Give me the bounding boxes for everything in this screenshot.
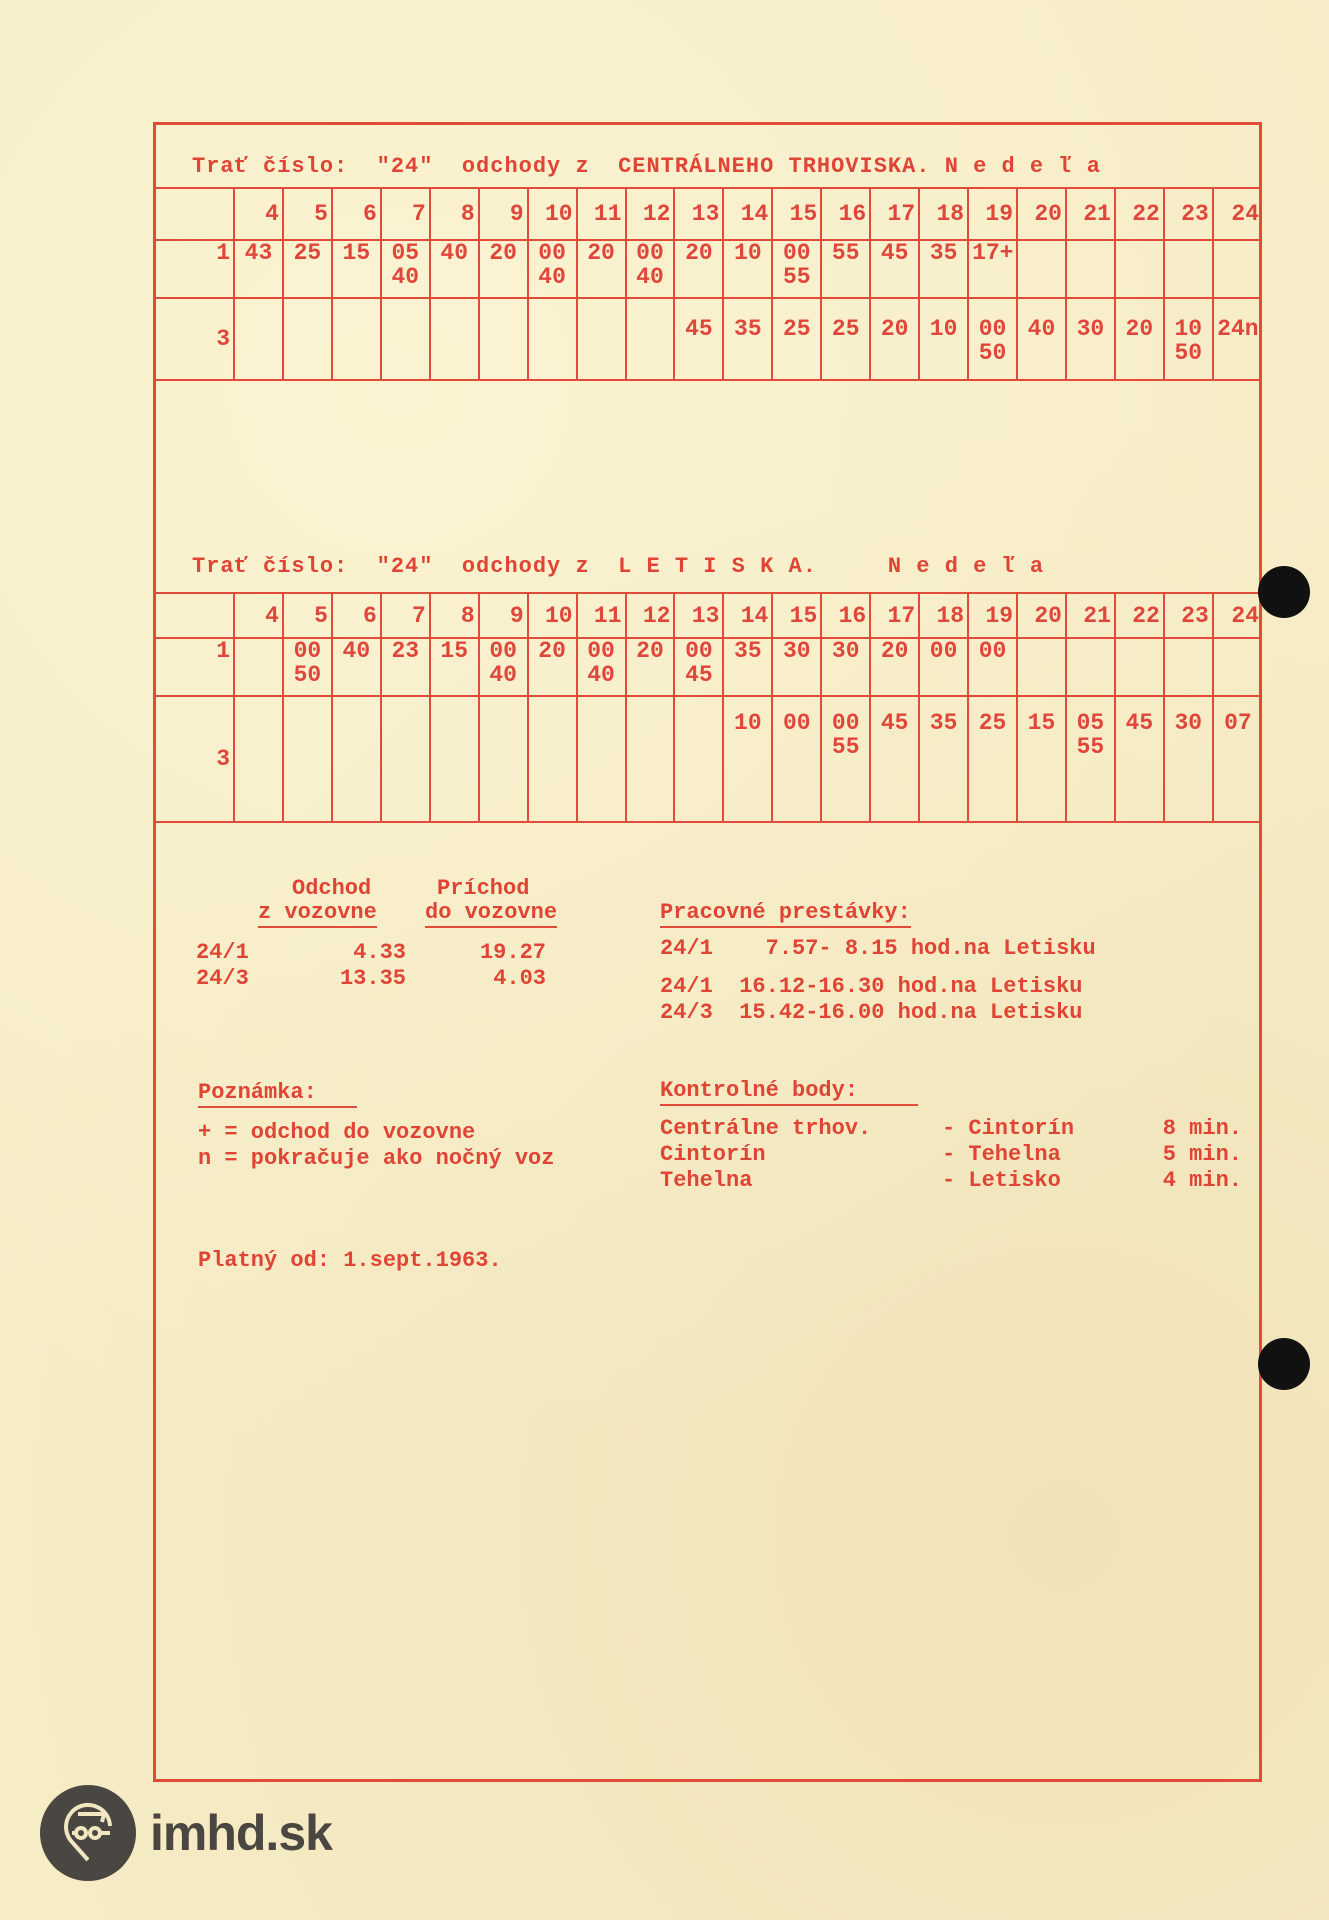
departure-cell: 25 <box>821 298 870 380</box>
break-row: 24/1 16.12-16.30 hod.na Letisku <box>660 974 1082 1000</box>
departure-cell: 15 <box>430 638 479 696</box>
departure-cell: 0055 <box>772 240 821 298</box>
departure-cell <box>626 696 675 822</box>
hour-cell: 8 <box>430 188 479 240</box>
departure-cell <box>381 298 430 380</box>
hour-cell: 6 <box>332 188 381 240</box>
departure-cell: 30 <box>821 638 870 696</box>
checkpoints-heading: Kontrolné body: <box>660 1078 918 1106</box>
departure-cell: 35 <box>919 240 968 298</box>
departure-cell: 0040 <box>528 240 577 298</box>
departure-cell <box>234 298 283 380</box>
departure-cell: 30 <box>772 638 821 696</box>
hour-cell: 17 <box>870 188 919 240</box>
notes-heading: Poznámka: <box>198 1080 357 1108</box>
timetable-row: 1432515054040200040200040201000555545351… <box>156 240 1262 298</box>
departure-cell: 0050 <box>968 298 1017 380</box>
departure-cell: 0040 <box>626 240 675 298</box>
hour-cell: 18 <box>919 593 968 638</box>
departure-cell <box>332 696 381 822</box>
hour-cell: 7 <box>381 593 430 638</box>
hour-cell: 12 <box>626 188 675 240</box>
departure-cell: 45 <box>870 240 919 298</box>
break-row: 24/3 15.42-16.00 hod.na Letisku <box>660 1000 1082 1026</box>
hour-cell: 9 <box>479 188 528 240</box>
departure-cell: 20 <box>674 240 723 298</box>
departure-cell: 45 <box>870 696 919 822</box>
departure-cell <box>234 638 283 696</box>
departure-cell <box>1017 240 1066 298</box>
hour-cell: 23 <box>1164 593 1213 638</box>
depot-table: 24/14.3319.2724/313.354.03 <box>196 940 546 992</box>
departure-cell <box>674 696 723 822</box>
hour-cell: 6 <box>332 593 381 638</box>
break-row: 24/1 7.57- 8.15 hod.na Letisku <box>660 936 1096 962</box>
departure-cell: 15 <box>332 240 381 298</box>
departure-cell <box>381 696 430 822</box>
run-label: 1 <box>156 240 234 298</box>
departure-cell: 45 <box>674 298 723 380</box>
departure-cell: 30 <box>1164 696 1213 822</box>
run-label: 1 <box>156 638 234 696</box>
departure-cell <box>577 696 626 822</box>
depot-row: 24/313.354.03 <box>196 966 546 992</box>
departure-cell: 0050 <box>283 638 332 696</box>
hour-cell: 4 <box>234 593 283 638</box>
departure-cell <box>528 696 577 822</box>
departure-cell <box>1017 638 1066 696</box>
departure-cell: 20 <box>870 298 919 380</box>
departure-cell <box>283 696 332 822</box>
hour-cell: 16 <box>821 593 870 638</box>
hour-cell: 23 <box>1164 188 1213 240</box>
departure-cell: 10 <box>919 298 968 380</box>
hour-cell: 16 <box>821 188 870 240</box>
hour-cell: 15 <box>772 188 821 240</box>
depot-col1-heading2: z vozovne <box>258 900 377 928</box>
hour-cell: 21 <box>1066 188 1115 240</box>
departure-cell: 0555 <box>1066 696 1115 822</box>
hour-cell: 8 <box>430 593 479 638</box>
departure-cell: 0040 <box>479 638 528 696</box>
departure-cell: 15 <box>1017 696 1066 822</box>
departure-cell <box>1164 638 1213 696</box>
checkpoints-list: Centrálne trhov.- Cintorín8 min.Cintorín… <box>660 1116 1242 1194</box>
timetable-row: 310000055453525150555453007 <box>156 696 1262 822</box>
departure-cell <box>528 298 577 380</box>
hour-cell: 24 <box>1213 593 1262 638</box>
table2-title: Trať číslo: "24" odchody z L E T I S K A… <box>192 554 1044 579</box>
departure-cell: 1050 <box>1164 298 1213 380</box>
departure-cell: 23 <box>381 638 430 696</box>
depot-col2-heading1: Príchod <box>437 876 529 902</box>
departure-cell: 55 <box>821 240 870 298</box>
breaks-heading: Pracovné prestávky: <box>660 900 911 928</box>
departure-cell: 07 <box>1213 696 1262 822</box>
departure-cell: 20 <box>528 638 577 696</box>
departure-cell <box>1066 638 1115 696</box>
departure-cell: 45 <box>1115 696 1164 822</box>
departure-cell: 30 <box>1066 298 1115 380</box>
hour-cell: 21 <box>1066 593 1115 638</box>
departure-cell <box>1213 638 1262 696</box>
depot-col1-heading1: Odchod <box>292 876 371 902</box>
departure-cell: 00 <box>968 638 1017 696</box>
note-row: n = pokračuje ako nočný voz <box>198 1146 554 1172</box>
departure-cell <box>626 298 675 380</box>
departure-cell <box>1066 240 1115 298</box>
hour-cell: 22 <box>1115 593 1164 638</box>
departure-cell <box>1115 240 1164 298</box>
departure-cell: 20 <box>870 638 919 696</box>
hour-cell: 12 <box>626 593 675 638</box>
hour-cell: 11 <box>577 188 626 240</box>
departure-cell: 20 <box>577 240 626 298</box>
departure-cell <box>1115 638 1164 696</box>
corner-cell <box>156 593 234 638</box>
hour-cell: 13 <box>674 188 723 240</box>
departure-cell: 35 <box>723 638 772 696</box>
depot-col2-heading2: do vozovne <box>425 900 557 928</box>
hour-cell: 18 <box>919 188 968 240</box>
hour-cell: 22 <box>1115 188 1164 240</box>
hour-cell: 5 <box>283 593 332 638</box>
hour-cell: 17 <box>870 593 919 638</box>
hour-cell: 10 <box>528 593 577 638</box>
hour-cell: 5 <box>283 188 332 240</box>
hour-cell: 19 <box>968 593 1017 638</box>
departure-cell: 0045 <box>674 638 723 696</box>
pin-glasses-icon <box>40 1785 136 1881</box>
departure-cell <box>430 696 479 822</box>
departure-cell: 10 <box>723 240 772 298</box>
departure-cell: 25 <box>968 696 1017 822</box>
hour-cell: 4 <box>234 188 283 240</box>
departure-cell: 40 <box>430 240 479 298</box>
departure-cell <box>479 298 528 380</box>
departure-cell: 17+ <box>968 240 1017 298</box>
departure-cell <box>332 298 381 380</box>
departure-cell: 43 <box>234 240 283 298</box>
hour-cell: 11 <box>577 593 626 638</box>
hour-cell: 24 <box>1213 188 1262 240</box>
departure-cell <box>577 298 626 380</box>
logo-text: imhd.sk <box>150 1804 332 1862</box>
departure-cell: 35 <box>919 696 968 822</box>
hour-header-row: 456789101112131415161718192021222324 <box>156 593 1262 638</box>
corner-cell <box>156 188 234 240</box>
note-row: + = odchod do vozovne <box>198 1120 475 1146</box>
hour-cell: 20 <box>1017 188 1066 240</box>
hour-cell: 13 <box>674 593 723 638</box>
departure-cell <box>283 298 332 380</box>
departure-cell <box>234 696 283 822</box>
timetable-letisko: 456789101112131415161718192021222324 100… <box>156 592 1262 823</box>
departure-cell <box>479 696 528 822</box>
departure-cell: 20 <box>479 240 528 298</box>
hour-cell: 20 <box>1017 593 1066 638</box>
hour-cell: 10 <box>528 188 577 240</box>
departure-cell: 10 <box>723 696 772 822</box>
hour-cell: 9 <box>479 593 528 638</box>
departure-cell <box>1164 240 1213 298</box>
departure-cell: 0040 <box>577 638 626 696</box>
departure-cell <box>430 298 479 380</box>
hour-cell: 14 <box>723 188 772 240</box>
departure-cell: 0055 <box>821 696 870 822</box>
valid-from: Platný od: 1.sept.1963. <box>198 1248 502 1274</box>
run-label: 3 <box>156 696 234 822</box>
checkpoint-row: Cintorín- Tehelna5 min. <box>660 1142 1242 1168</box>
departure-cell: 35 <box>723 298 772 380</box>
departure-cell: 00 <box>772 696 821 822</box>
table1-title: Trať číslo: "24" odchody z CENTRÁLNEHO T… <box>192 154 1101 179</box>
departure-cell <box>1213 240 1262 298</box>
departure-cell: 25 <box>772 298 821 380</box>
timetable-centralne-trhovisko: 456789101112131415161718192021222324 143… <box>156 187 1262 381</box>
depot-row: 24/14.3319.27 <box>196 940 546 966</box>
departure-cell: 20 <box>626 638 675 696</box>
checkpoint-row: Centrálne trhov.- Cintorín8 min. <box>660 1116 1242 1142</box>
hour-cell: 19 <box>968 188 1017 240</box>
imhd-logo[interactable]: imhd.sk <box>40 1785 332 1881</box>
run-label: 3 <box>156 298 234 380</box>
checkpoint-row: Tehelna- Letisko4 min. <box>660 1168 1242 1194</box>
punch-hole <box>1258 1338 1310 1390</box>
departure-cell: 40 <box>1017 298 1066 380</box>
departure-cell: 40 <box>332 638 381 696</box>
departure-cell: 00 <box>919 638 968 696</box>
hour-header-row: 456789101112131415161718192021222324 <box>156 188 1262 240</box>
hour-cell: 15 <box>772 593 821 638</box>
departure-cell: 20 <box>1115 298 1164 380</box>
hour-cell: 7 <box>381 188 430 240</box>
timetable-row: 34535252520100050403020105024n <box>156 298 1262 380</box>
departure-cell: 25 <box>283 240 332 298</box>
punch-hole <box>1258 566 1310 618</box>
hour-cell: 14 <box>723 593 772 638</box>
departure-cell: 24n <box>1213 298 1262 380</box>
timetable-row: 100504023150040200040200045353030200000 <box>156 638 1262 696</box>
departure-cell: 0540 <box>381 240 430 298</box>
